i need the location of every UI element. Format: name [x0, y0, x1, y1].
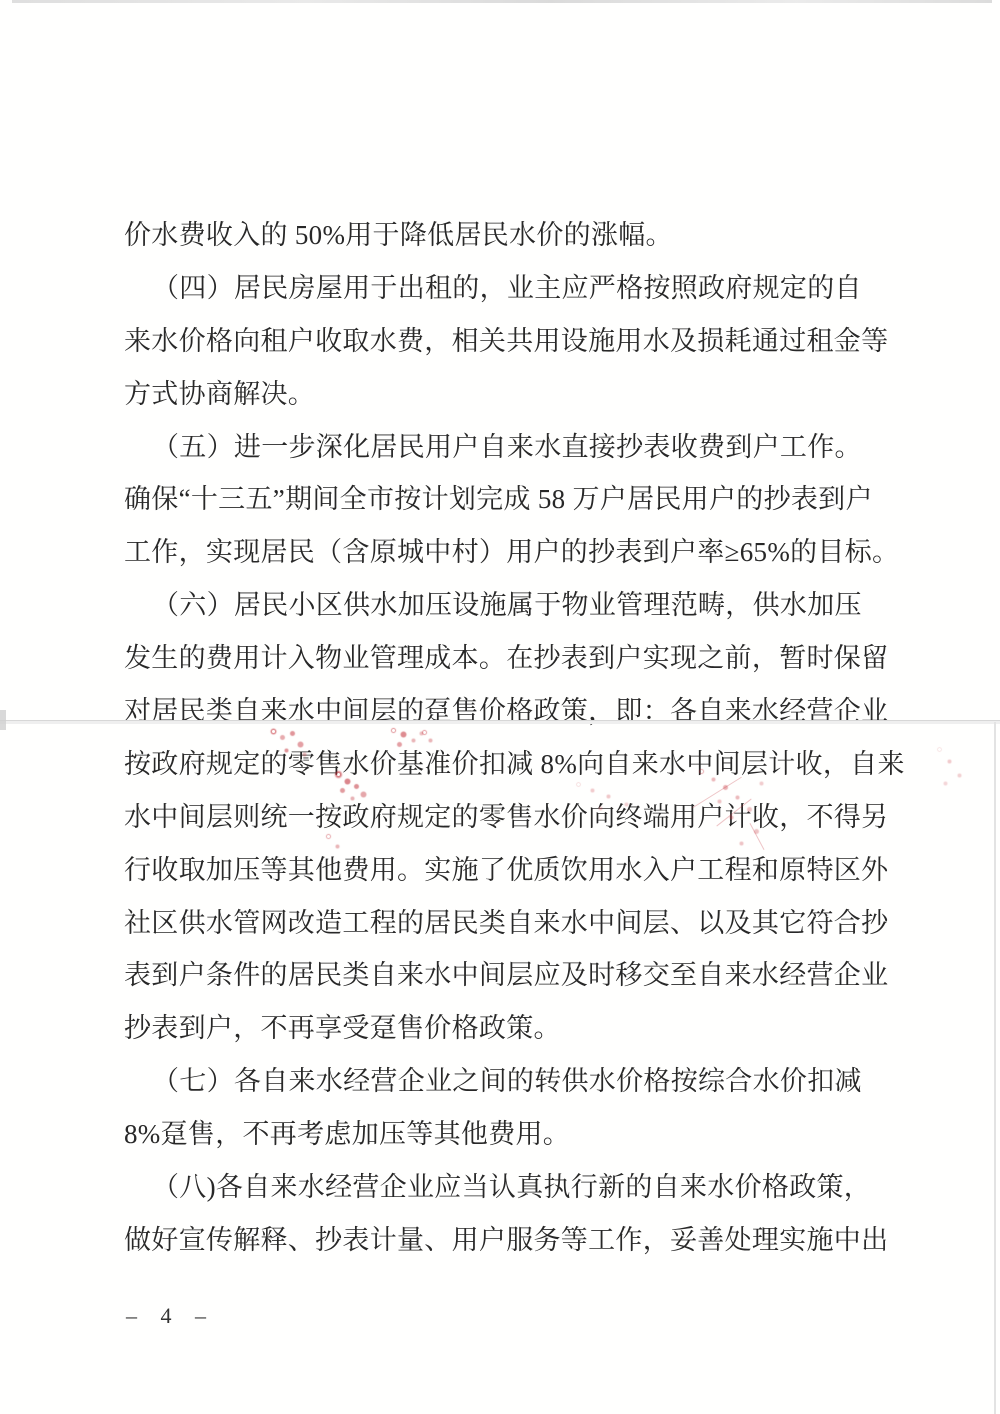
document-line: 做好宣传解释、抄表计量、用户服务等工作，妥善处理实施中出	[124, 1214, 890, 1267]
document-line: 来水价格向租户收取水费，相关共用设施用水及损耗通过租金等	[124, 315, 890, 368]
red-ink-speckle-cluster	[700, 770, 703, 773]
document-line: 行收取加压等其他费用。实施了优质饮用水入户工程和原特区外	[124, 844, 890, 897]
scan-fold-notch-artifact	[0, 710, 6, 730]
red-ink-speckle-cluster	[577, 783, 580, 786]
document-line: 表到户条件的居民类自来水中间层应及时移交至自来水经营企业	[124, 949, 890, 1002]
red-ink-speckle-cluster	[423, 731, 426, 734]
document-line: 确保“十三五”期间全市按计划完成 58 万户居民用户的抄表到户	[124, 473, 890, 526]
document-line: 社区供水管网改造工程的居民类自来水中间层、以及其它符合抄	[124, 897, 890, 950]
page-number: – 4 –	[126, 1303, 215, 1329]
red-ink-speckle-cluster	[938, 748, 941, 751]
red-ink-speckle-cluster	[327, 835, 330, 838]
document-line: （七）各自来水经营企业之间的转供水价格按综合水价扣减	[124, 1055, 890, 1108]
document-line: 按政府规定的零售水价基准价扣减 8%向自来水中间层计收，自来	[124, 738, 890, 791]
document-line: （四）居民房屋用于出租的，业主应严格按照政府规定的自	[124, 262, 890, 315]
document-line: 发生的费用计入物业管理成本。在抄表到户实现之前，暂时保留	[124, 632, 890, 685]
scan-top-edge-artifact	[12, 0, 992, 3]
document-line: 水中间层则统一按政府规定的零售水价向终端用户计收，不得另	[124, 791, 890, 844]
red-ink-speckle-cluster	[392, 729, 395, 732]
document-line: 方式协商解决。	[124, 368, 890, 421]
red-ink-speckle-cluster	[337, 773, 340, 776]
document-line: 工作，实现居民（含原城中村）用户的抄表到户率≥65%的目标。	[124, 526, 890, 579]
document-line: （八)各自来水经营企业应当认真执行新的自来水价格政策，	[124, 1161, 890, 1214]
scan-fold-line-artifact	[0, 720, 1000, 724]
document-line: 8%趸售，不再考虑加压等其他费用。	[124, 1108, 890, 1161]
document-line: （五）进一步深化居民用户自来水直接抄表收费到户工作。	[124, 421, 890, 474]
scan-right-edge-artifact	[994, 722, 996, 1414]
document-line: 对居民类自来水中间层的趸售价格政策，即：各自来水经营企业	[124, 685, 890, 738]
scanned-document-page: 价水费收入的 50%用于降低居民水价的涨幅。 （四）居民房屋用于出租的，业主应严…	[0, 0, 1000, 1414]
red-ink-speckle-cluster	[272, 730, 275, 733]
document-body: 价水费收入的 50%用于降低居民水价的涨幅。 （四）居民房屋用于出租的，业主应严…	[124, 209, 890, 1267]
document-line: 价水费收入的 50%用于降低居民水价的涨幅。	[124, 209, 890, 262]
document-line: 抄表到户，不再享受趸售价格政策。	[124, 1002, 890, 1055]
document-line: （六）居民小区供水加压设施属于物业管理范畴，供水加压	[124, 579, 890, 632]
